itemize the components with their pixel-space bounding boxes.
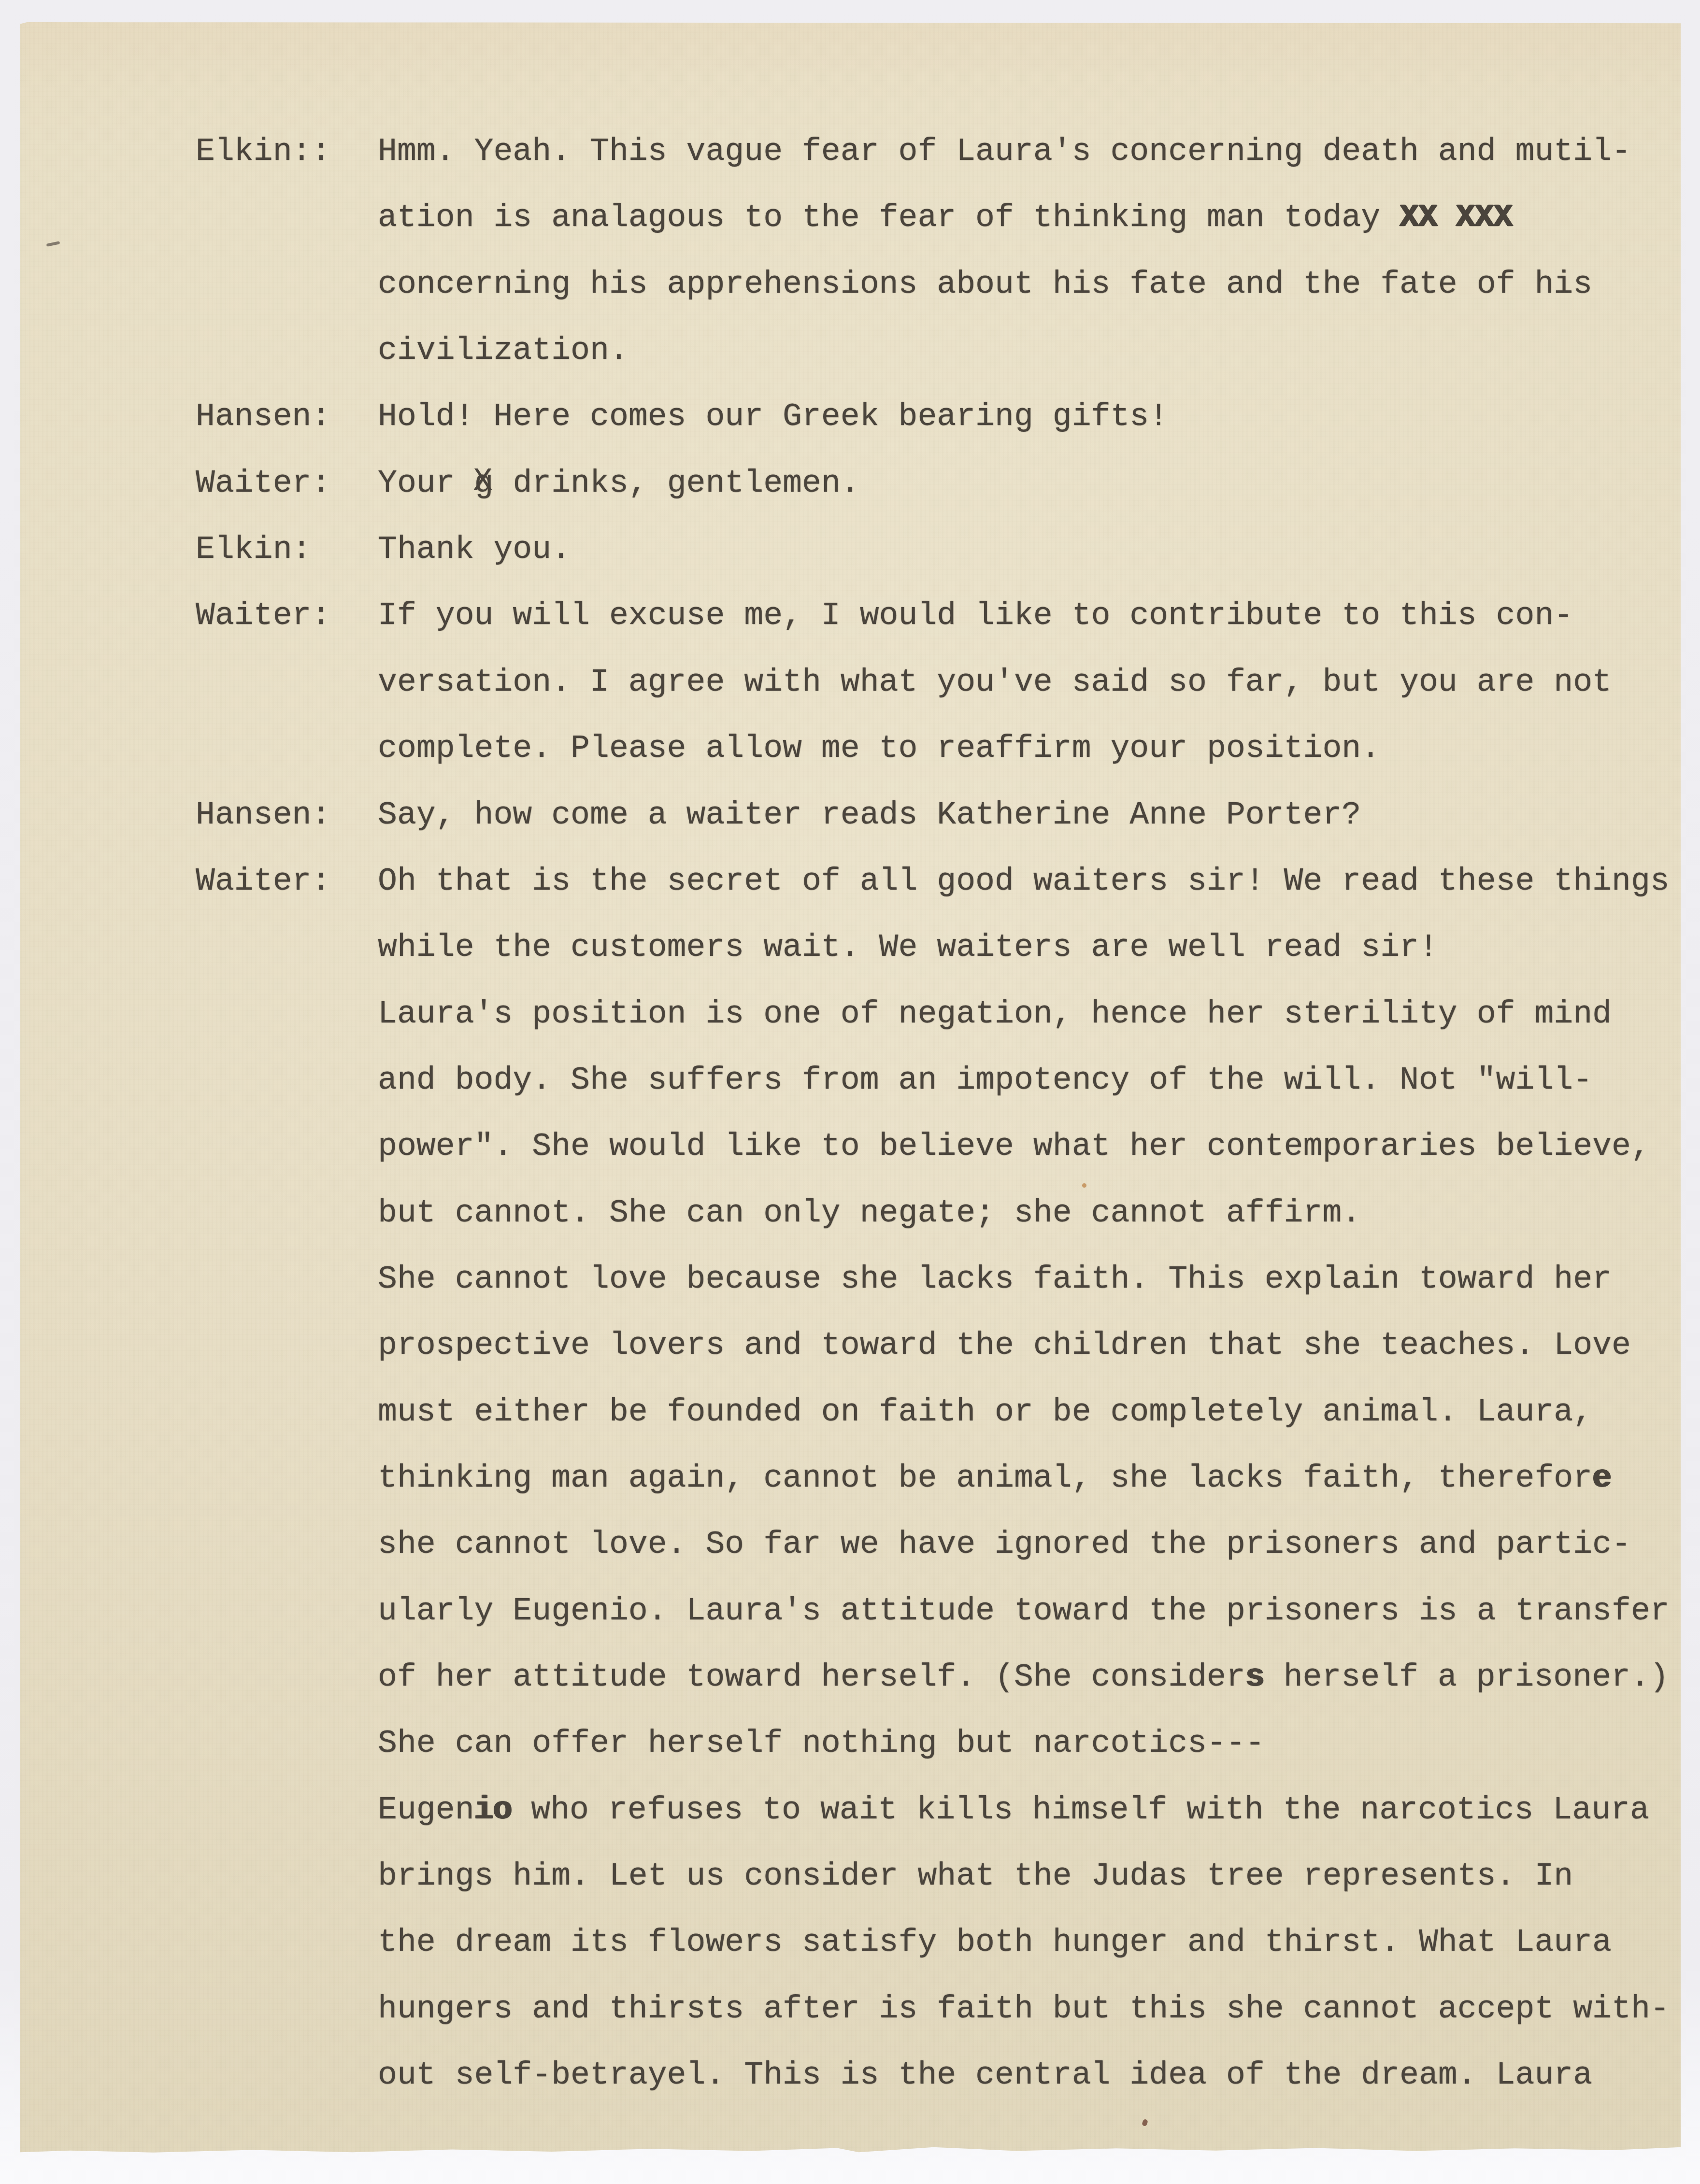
text-line: but cannot. She can only negate; she can… xyxy=(196,1195,1361,1232)
overstrike-text: e xyxy=(1592,1460,1611,1496)
overstrike-text: XX XXX xyxy=(1400,199,1512,236)
scanned-document: { "document": { "kind": "typewritten-dia… xyxy=(0,0,1700,2184)
text-line: must either be founded on faith or be co… xyxy=(196,1394,1592,1431)
text-line: ularly Eugenio. Laura's attitude toward … xyxy=(196,1593,1670,1630)
text-line: Laura's position is one of negation, hen… xyxy=(196,996,1612,1033)
speaker-label: Elkin:: xyxy=(196,133,378,170)
text-line: ation is analagous to the fear of thinki… xyxy=(196,199,1513,236)
line-text: while the customers wait. We waiters are… xyxy=(378,929,1438,965)
line-text: power". She would like to believe what h… xyxy=(378,1128,1650,1164)
line-text: brings him. Let us consider what the Jud… xyxy=(378,1858,1573,1894)
text-line: power". She would like to believe what h… xyxy=(196,1128,1650,1165)
speaker-label: Waiter: xyxy=(196,597,378,634)
line-text: Hold! Here comes our Greek bearing gifts… xyxy=(378,398,1168,435)
text-line: brings him. Let us consider what the Jud… xyxy=(196,1858,1573,1895)
line-text: ularly Eugenio. Laura's attitude toward … xyxy=(378,1593,1670,1629)
overstrike-text: s xyxy=(1245,1659,1264,1695)
line-text: Hmm. Yeah. This vague fear of Laura's co… xyxy=(378,133,1631,170)
line-text: thinking man again, cannot be animal, sh… xyxy=(378,1460,1592,1496)
line-text: herself a prisoner.) xyxy=(1264,1659,1669,1695)
text-line: Waiter:Your g drinks, gentlemen. xyxy=(196,465,860,502)
line-text: of her attitude toward herself. (She con… xyxy=(378,1659,1245,1695)
line-text: must either be founded on faith or be co… xyxy=(378,1394,1592,1430)
text-line: she cannot love. So far we have ignored … xyxy=(196,1526,1631,1563)
line-text: Oh that is the secret of all good waiter… xyxy=(378,863,1670,899)
text-line: out self-betrayel. This is the central i… xyxy=(196,2057,1592,2094)
line-text: hungers and thirsts after is faith but t… xyxy=(378,1991,1670,2027)
line-text: Eugen xyxy=(378,1792,474,1828)
text-line: Elkin::Hmm. Yeah. This vague fear of Lau… xyxy=(196,133,1631,170)
text-line: prospective lovers and toward the childr… xyxy=(196,1327,1631,1364)
text-line: thinking man again, cannot be animal, sh… xyxy=(196,1460,1611,1497)
line-text: Say, how come a waiter reads Katherine A… xyxy=(378,797,1361,833)
text-line: versation. I agree with what you've said… xyxy=(196,664,1612,701)
overstrike-text: g xyxy=(474,465,494,502)
text-line: the dream its flowers satisfy both hunge… xyxy=(196,1924,1612,1961)
text-line: Waiter:If you will excuse me, I would li… xyxy=(196,597,1573,634)
text-line: Waiter:Oh that is the secret of all good… xyxy=(196,863,1670,900)
line-text: prospective lovers and toward the childr… xyxy=(378,1327,1631,1363)
overstrike-text: io xyxy=(474,1792,512,1828)
speaker-label: Waiter: xyxy=(196,465,378,502)
text-line: Elkin:Thank you. xyxy=(196,531,571,568)
ink-speck xyxy=(1082,1183,1086,1188)
text-line: Eugenio who refuses to wait kills himsel… xyxy=(196,1792,1649,1829)
text-line: She cannot love because she lacks faith.… xyxy=(196,1261,1612,1298)
line-text: ation is analagous to the fear of thinki… xyxy=(378,199,1400,236)
text-line: while the customers wait. We waiters are… xyxy=(196,929,1438,966)
line-text: Thank you. xyxy=(378,531,571,567)
line-text: complete. Please allow me to reaffirm yo… xyxy=(378,730,1380,766)
line-text: out self-betrayel. This is the central i… xyxy=(378,2057,1592,2093)
text-line: complete. Please allow me to reaffirm yo… xyxy=(196,730,1380,767)
line-text: If you will excuse me, I would like to c… xyxy=(378,597,1573,634)
line-text: drinks, gentlemen. xyxy=(493,465,859,501)
speaker-label: Hansen: xyxy=(196,398,378,435)
line-text: but cannot. She can only negate; she can… xyxy=(378,1195,1361,1231)
text-line: She can offer herself nothing but narcot… xyxy=(196,1725,1265,1762)
text-line: civilization. xyxy=(196,332,629,369)
text-line: Hansen:Say, how come a waiter reads Kath… xyxy=(196,797,1361,834)
speaker-label: Hansen: xyxy=(196,797,378,834)
text-line: of her attitude toward herself. (She con… xyxy=(196,1659,1669,1696)
line-text: civilization. xyxy=(378,332,629,369)
typewritten-text: Elkin::Hmm. Yeah. This vague fear of Lau… xyxy=(0,0,1700,2184)
line-text: who refuses to wait kills himself with t… xyxy=(512,1792,1649,1828)
speaker-label: Elkin: xyxy=(196,531,378,568)
text-line: concerning his apprehensions about his f… xyxy=(196,266,1592,303)
line-text: versation. I agree with what you've said… xyxy=(378,664,1612,700)
text-line: hungers and thirsts after is faith but t… xyxy=(196,1991,1670,2028)
line-text: Your xyxy=(378,465,474,501)
line-text: She can offer herself nothing but narcot… xyxy=(378,1725,1265,1761)
line-text: the dream its flowers satisfy both hunge… xyxy=(378,1924,1612,1960)
line-text: She cannot love because she lacks faith.… xyxy=(378,1261,1612,1297)
line-text: and body. She suffers from an impotency … xyxy=(378,1062,1592,1098)
line-text: she cannot love. So far we have ignored … xyxy=(378,1526,1631,1562)
line-text: concerning his apprehensions about his f… xyxy=(378,266,1592,302)
line-text: Laura's position is one of negation, hen… xyxy=(378,996,1612,1032)
text-line: and body. She suffers from an impotency … xyxy=(196,1062,1592,1099)
text-line: Hansen:Hold! Here comes our Greek bearin… xyxy=(196,398,1168,435)
speaker-label: Waiter: xyxy=(196,863,378,900)
